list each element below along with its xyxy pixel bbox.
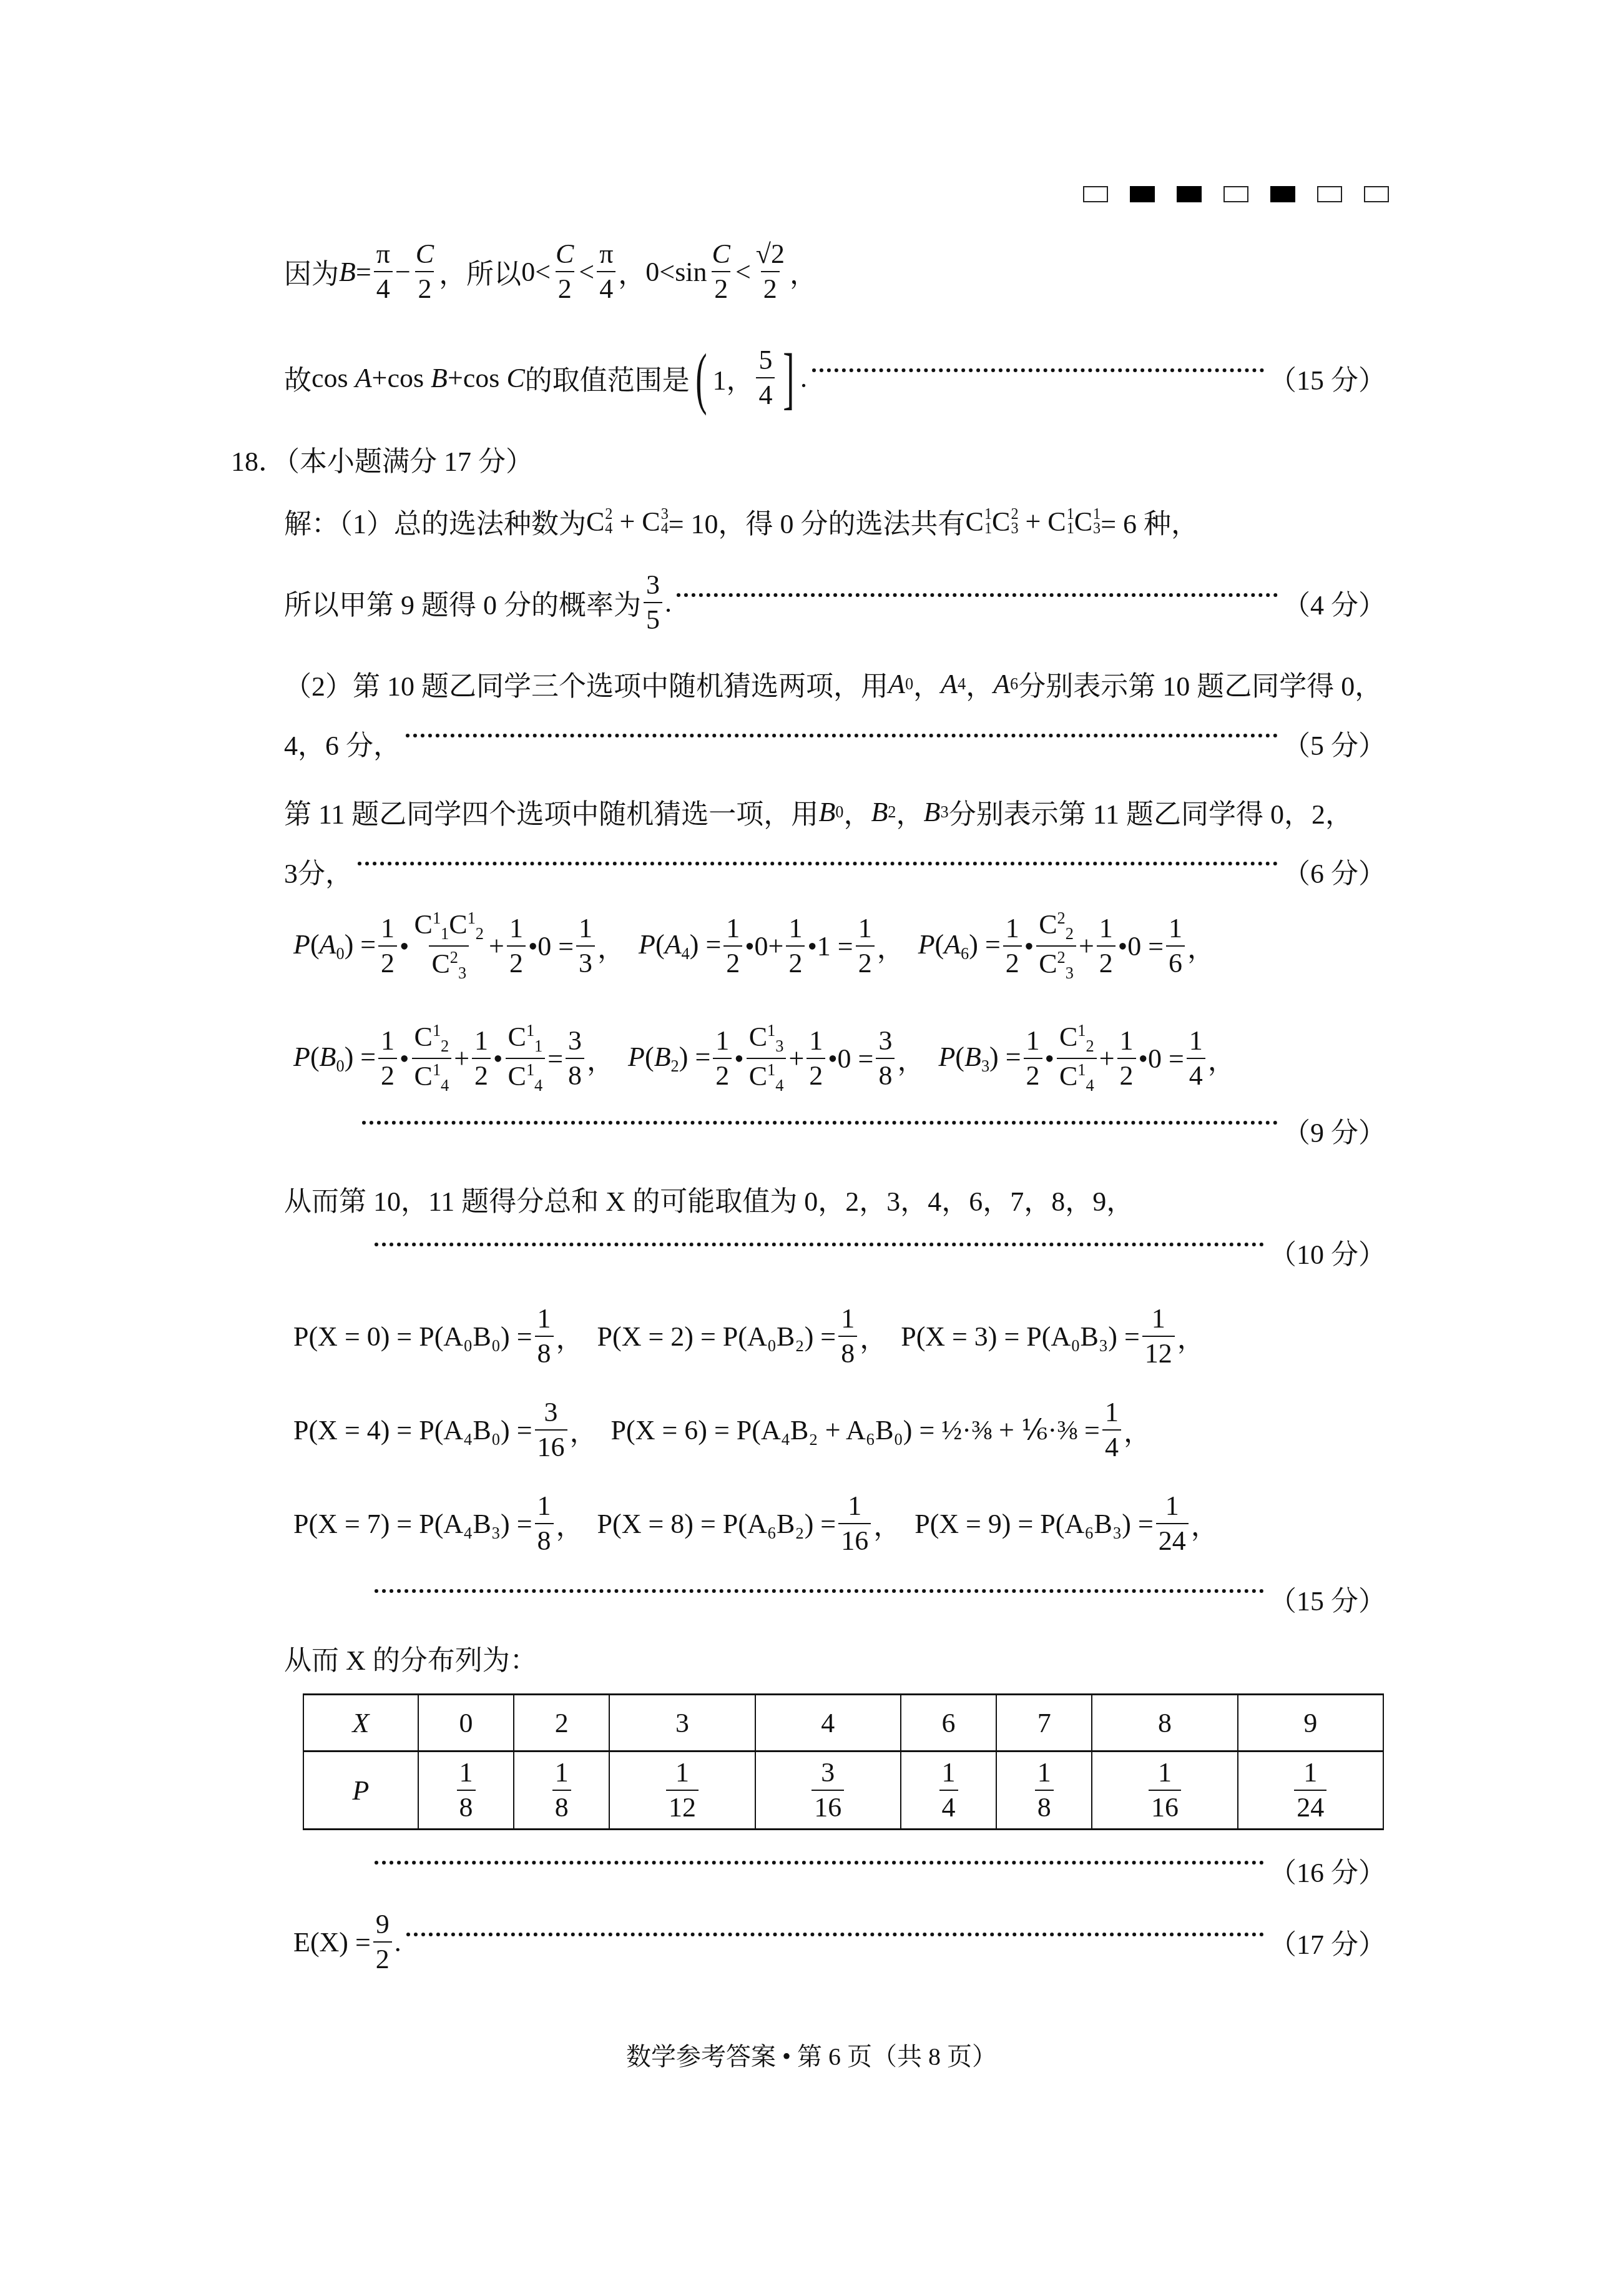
text: P(X = 6) = P(A₄B₂ + A₆B₀) = ½·⅜ + ⅙·⅜ = [611, 1414, 1100, 1446]
text: cos [387, 362, 424, 394]
leader-dots [358, 862, 1278, 865]
num: √2 [753, 240, 787, 271]
score-label: （15 分） [1269, 358, 1386, 398]
score-line-16: （16 分） [375, 1851, 1386, 1889]
den: 12 [1142, 1336, 1175, 1368]
dist-title: 从而 X 的分布列为： [284, 1639, 537, 1677]
bracket: ] [783, 343, 795, 412]
table-cell: 2 [514, 1695, 609, 1752]
den: 8 [876, 1058, 895, 1090]
var: A [355, 362, 372, 394]
table-row-p: P 18 18 112 316 14 18 116 124 [303, 1752, 1383, 1830]
den: 16 [535, 1429, 567, 1462]
marker-box [1177, 186, 1202, 202]
den: 2 [761, 271, 780, 303]
table-cell: 8 [1092, 1695, 1237, 1752]
part2-line-2: 4，6 分， （5 分） [284, 724, 1386, 762]
num: C [413, 240, 436, 271]
den: 8 [535, 1336, 554, 1368]
combination: C11C13 [1047, 506, 1101, 538]
leader-dots [406, 734, 1278, 737]
page-footer: 数学参考答案 • 第 6 页（共 8 页） [0, 2037, 1623, 2072]
marker-box [1364, 186, 1389, 202]
fraction: C2 [413, 240, 436, 303]
var: B [431, 362, 448, 394]
table-cell: 18 [514, 1752, 609, 1830]
text: 从而 X 的分布列为： [284, 1638, 537, 1678]
text: P(X = 4) = P(A₄B₀) = [293, 1414, 532, 1446]
num: 5 [756, 346, 775, 377]
num: 9 [373, 1910, 392, 1941]
prob-B-row: P(B0) = 12• C12C14+ 12• C11C14= 38， P(B2… [293, 1015, 1235, 1102]
text: < [735, 256, 751, 288]
text: 4，6 分， [284, 723, 401, 763]
table-cell: 124 [1238, 1752, 1383, 1830]
text: cos [311, 362, 348, 394]
den: 2 [415, 271, 434, 303]
num: 3 [644, 571, 662, 602]
den: 4 [374, 271, 393, 303]
table-cell: 112 [609, 1752, 755, 1830]
text: = 10，得 0 分的选法共有 [669, 501, 966, 541]
text: 0 [645, 256, 659, 288]
text: − [395, 256, 411, 288]
prev-line-1: 因为 B = π4 − C2 ，所以 0 < C2 < π4 ， 0 < sin… [284, 231, 817, 312]
score-label: （10 分） [1269, 1232, 1386, 1272]
table-cell: 7 [996, 1695, 1092, 1752]
den: 4 [1187, 1058, 1205, 1090]
marker-box [1083, 186, 1108, 202]
table-row-x: X 0 2 3 4 6 7 8 9 [303, 1695, 1383, 1752]
text: P(X = 3) = P(A₀B₃) = [901, 1321, 1140, 1352]
part2-line-1: （2）第 10 题乙同学三个选项中随机猜选两项，用 A0，A4，A6 分别表示第… [284, 659, 1382, 709]
num: π [597, 240, 615, 271]
den: 5 [644, 602, 662, 634]
text: < [579, 256, 594, 288]
question-title: 18．（本小题满分 17 分） [231, 440, 533, 478]
score-label: （16 分） [1269, 1850, 1386, 1890]
den: 6 [1166, 945, 1185, 978]
den: 4 [756, 377, 775, 410]
den: 3 [576, 945, 595, 978]
text: 18．（本小题满分 17 分） [231, 439, 533, 479]
text: = 6 种， [1101, 501, 1199, 541]
text: 分别表示第 10 题乙同学得 0， [1018, 664, 1382, 704]
num: C [553, 240, 576, 271]
expectation-line: E(X) = 92 . （17 分） [293, 1904, 1386, 1979]
table-cell: 9 [1238, 1695, 1383, 1752]
text: ， [618, 252, 645, 292]
score-line-9: （9 分） [362, 1111, 1386, 1149]
num: 1 [845, 1492, 864, 1523]
var: C [506, 362, 524, 394]
text: P(X = 2) = P(A₀B₂) = [597, 1321, 836, 1352]
table-cell: 6 [901, 1695, 996, 1752]
num: 3 [876, 1027, 895, 1058]
score-label: （5 分） [1283, 723, 1386, 763]
combination: C11C23 [966, 506, 1019, 538]
leader-dots [406, 1933, 1264, 1936]
score-label: （9 分） [1283, 1110, 1386, 1150]
num: 1 [1187, 1027, 1205, 1058]
table-cell: 14 [901, 1752, 996, 1830]
prob-X-row-2: P(X = 4) = P(A₄B₀) = 316， P(X = 6) = P(A… [293, 1392, 1151, 1467]
num: 1 [1163, 1492, 1182, 1523]
score-label: （15 分） [1269, 1579, 1386, 1619]
text: 从而第 10，11 题得分总和 X 的可能取值为 0，2，3，4，6，7，8，9… [284, 1179, 1134, 1219]
table-cell: 4 [755, 1695, 901, 1752]
values-line: 从而第 10，11 题得分总和 X 的可能取值为 0，2，3，4，6，7，8，9… [284, 1177, 1134, 1221]
num: 3 [542, 1398, 561, 1429]
score-line-10: （10 分） [375, 1233, 1386, 1271]
text: < [659, 256, 675, 288]
den: 16 [838, 1523, 871, 1555]
text: P(X = 0) = P(A₀B₀) = [293, 1321, 532, 1352]
den: 4 [597, 271, 615, 303]
score-label: （4 分） [1283, 583, 1386, 623]
text: 分别表示第 11 题乙同学得 0，2， [949, 792, 1353, 832]
den: 8 [566, 1058, 584, 1090]
table-cell: 0 [418, 1695, 514, 1752]
den: 8 [838, 1336, 857, 1368]
fraction: √22 [753, 240, 787, 303]
fraction: C2 [553, 240, 576, 303]
den: 4 [1102, 1429, 1121, 1462]
prob-X-row-3: P(X = 7) = P(A₄B₃) = 18， P(X = 8) = P(A₆… [293, 1486, 1218, 1561]
text: 所以甲第 9 题得 0 分的概率为 [284, 583, 641, 623]
score-label: （17 分） [1269, 1922, 1386, 1962]
text: 0 [521, 256, 535, 288]
score-label: （6 分） [1283, 851, 1386, 891]
fraction: π4 [597, 240, 615, 303]
leader-dots [375, 1589, 1264, 1593]
text: ， [790, 252, 817, 292]
den: 2 [712, 271, 730, 303]
page-markers [1083, 186, 1389, 202]
marker-box [1223, 186, 1248, 202]
den: 8 [535, 1523, 554, 1555]
part2-line-3: 第 11 题乙同学四个选项中随机猜选一项，用 B0，B2，B3 分别表示第 11… [284, 787, 1353, 837]
text: < [535, 256, 551, 288]
den: 24 [1156, 1523, 1189, 1555]
table-header-p: P [303, 1752, 418, 1830]
text: 故 [284, 358, 311, 398]
fraction: 35 [644, 571, 662, 634]
table-cell: 316 [755, 1752, 901, 1830]
num: 1 [576, 914, 595, 945]
text: 的取值范围是 [525, 358, 690, 398]
leader-dots [812, 368, 1264, 372]
text: P(X = 7) = P(A₄B₃) = [293, 1508, 532, 1540]
text: = [356, 256, 371, 288]
text: sin [675, 256, 707, 288]
num: C [710, 240, 733, 271]
bracket: ( [695, 343, 707, 412]
text: （2）第 10 题乙同学三个选项中随机猜选两项，用 [284, 664, 888, 704]
den: 2 [856, 945, 875, 978]
text: P(X = 9) = P(A₆B₃) = [914, 1508, 1154, 1540]
num: π [374, 240, 393, 271]
text: . [665, 587, 672, 619]
num: 1 [535, 1492, 554, 1523]
num: 3 [566, 1027, 584, 1058]
distribution-table: X 0 2 3 4 6 7 8 9 P 18 18 112 316 14 18 … [303, 1693, 1384, 1830]
prob-X-row-1: P(X = 0) = P(A₀B₀) = 18， P(X = 2) = P(A₀… [293, 1299, 1205, 1374]
num: 1 [1149, 1304, 1168, 1336]
den: 2 [556, 271, 574, 303]
part2-line-4: 3分， （6 分） [284, 852, 1386, 890]
marker-box [1130, 186, 1155, 202]
marker-box [1317, 186, 1342, 202]
fraction: 54 [756, 346, 775, 410]
leader-dots [375, 1861, 1264, 1865]
text: P(X = 8) = P(A₆B₂) = [597, 1508, 836, 1540]
leader-dots [362, 1121, 1278, 1125]
text: 第 11 题乙同学四个选项中随机猜选一项，用 [284, 792, 818, 832]
combination: C24 [586, 506, 612, 538]
num: 1 [1102, 1398, 1121, 1429]
num: 1 [1166, 914, 1185, 945]
fraction: C2 [710, 240, 733, 303]
text: + [372, 362, 388, 394]
num: 1 [838, 1304, 857, 1336]
num: 1 [856, 914, 875, 945]
leader-dots [677, 593, 1278, 597]
text: E(X) = [293, 1926, 371, 1958]
prob-A-row: P(A0) = 12• C11C12C23+ 12•0 = 13， P(A4) … [293, 905, 1215, 987]
table-cell: 116 [1092, 1752, 1237, 1830]
table-cell: 18 [418, 1752, 514, 1830]
text: 1， [712, 358, 753, 398]
part1-line-2: 所以甲第 9 题得 0 分的概率为 35 . （4 分） [284, 565, 1386, 640]
text: 3分， [284, 851, 353, 891]
text: 解：（1）总的选法种数为 [284, 501, 586, 541]
text: . [800, 362, 807, 394]
score-line-15: （15 分） [375, 1580, 1386, 1617]
marker-box [1270, 186, 1295, 202]
table-header-x: X [303, 1695, 418, 1752]
text: cos [463, 362, 500, 394]
text: 因为 [284, 252, 339, 292]
text: ，所以 [439, 252, 521, 292]
combination: C34 [642, 506, 668, 538]
table-cell: 18 [996, 1752, 1092, 1830]
den: 2 [373, 1941, 392, 1974]
prev-line-2: 故 cos A + cos B + cos C 的取值范围是 ( 1， 54 ]… [284, 337, 1386, 418]
table-cell: 3 [609, 1695, 755, 1752]
num: 1 [535, 1304, 554, 1336]
part1-line-1: 解：（1）总的选法种数为 C24 + C34 = 10，得 0 分的选法共有 C… [284, 500, 1199, 543]
leader-dots [375, 1243, 1264, 1246]
var-B: B [339, 256, 356, 288]
fraction: π4 [374, 240, 393, 303]
text: + [448, 362, 463, 394]
